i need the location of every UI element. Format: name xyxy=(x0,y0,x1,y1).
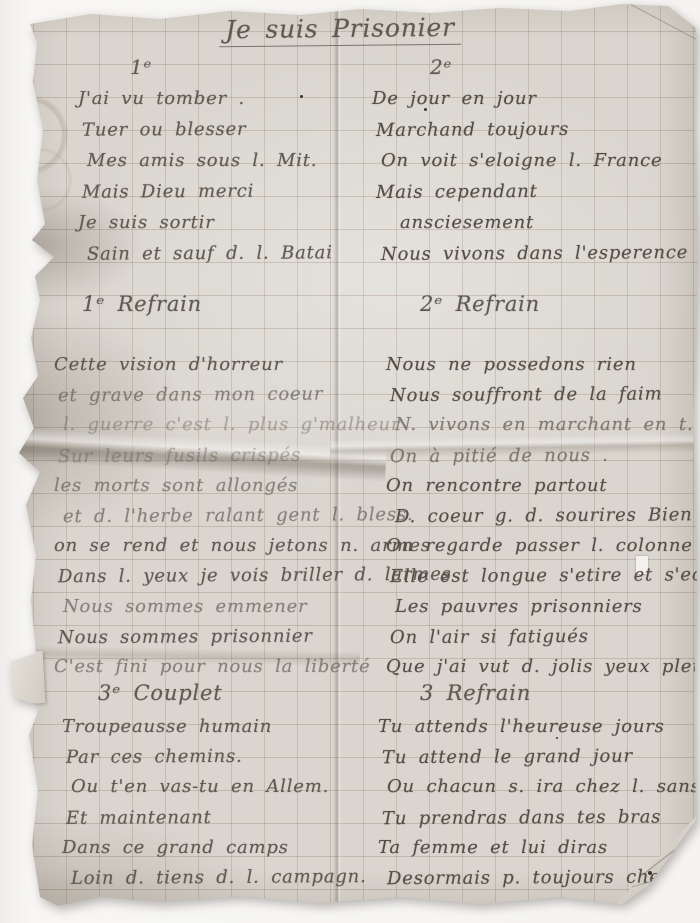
poem-line: De jour en jour xyxy=(372,83,688,114)
paper-sheet: Je suis Prisonier 1ᵉ J'ai vu tomber . Tu… xyxy=(0,0,700,923)
poem-line: Nous vivons dans l'esperence xyxy=(381,237,688,270)
poem-line: Dans ce grand camps xyxy=(62,833,367,863)
poem-line: Tu prendras dans tes bras xyxy=(382,801,700,834)
stanza-lines: De jour en jour Marchand toujours On voi… xyxy=(372,83,688,269)
poem-line: Ou t'en vas-tu en Allem. xyxy=(71,772,367,802)
poem-line: Tuer ou blesser xyxy=(82,113,333,146)
poem-line: J'ai vu tomber . xyxy=(78,83,333,114)
poem-line: Troupeausse humain xyxy=(62,712,367,742)
poem-line: Les pauvres prisonniers xyxy=(395,592,700,622)
poem-line: Loin d. tiens d. l. campagn. xyxy=(71,862,367,894)
poem-line: Desormais p. toujours cherie mi xyxy=(387,862,700,895)
poem-line: On regarde passer l. colonne xyxy=(386,531,700,561)
poem-line: Je suis sortir xyxy=(78,207,333,238)
poem-line: Marchand toujours xyxy=(376,113,688,146)
poem-line: Sain et sauf d. l. Batai xyxy=(87,237,333,270)
poem-line: On à pitié de nous . xyxy=(390,439,700,472)
poem-line: ansciesement xyxy=(400,207,688,238)
poem-line: D. coeur g. d. sourires Bien doux xyxy=(395,500,700,533)
poem-line: Nous ne possedons rien xyxy=(386,350,700,380)
section-header: 2ᵉ xyxy=(430,52,688,83)
page-title-text: Je suis Prisonier xyxy=(219,13,461,48)
stanza-lines: J'ai vu tomber . Tuer ou blesser Mes ami… xyxy=(78,83,333,269)
poem-line: Par ces chemins. xyxy=(66,741,367,773)
poem-line: Ta femme et lui diras xyxy=(378,833,700,863)
ink-speck xyxy=(8,36,13,42)
stanza-2: 2ᵉ De jour en jour Marchand toujours On … xyxy=(372,52,688,269)
section-header: 2ᵉ Refrain xyxy=(420,292,540,316)
poem-line: Que j'ai vut d. jolis yeux pleurer xyxy=(386,652,700,682)
poem-line: Elle est longue s'etire et s'echelo. xyxy=(390,560,700,593)
poem-line: On l'air si fatigués xyxy=(390,621,700,654)
poem-line: Et maintenant xyxy=(66,802,367,834)
couplet-3: Troupeausse humain Par ces chemins. Ou t… xyxy=(62,712,367,893)
scanned-document: Je suis Prisonier 1ᵉ J'ai vu tomber . Tu… xyxy=(0,0,700,923)
refrain-2: Nous ne possedons rien Nous souffront de… xyxy=(386,350,700,682)
poem-line: On rencontre partout xyxy=(386,471,700,501)
paper-shadow: Je suis Prisonier 1ᵉ J'ai vu tomber . Tu… xyxy=(0,0,700,923)
poem-line: N. vivons en marchant en t. l. mais xyxy=(395,410,700,440)
left-edge-fold-flap xyxy=(5,651,46,705)
section-header: 1ᵉ xyxy=(130,52,333,83)
section-header: 3 Refrain xyxy=(420,681,531,705)
poem-line: Mes amis sous l. Mit. xyxy=(87,145,333,176)
poem-line: Nous souffront de la faim xyxy=(390,379,700,412)
poem-line: Tu attends l'heureuse jours xyxy=(378,712,700,742)
poem-line: On voit s'eloigne l. France xyxy=(381,145,688,176)
poem-line: Mais cependant xyxy=(376,175,688,208)
poem-line: Tu attend le grand jour xyxy=(382,741,700,774)
ink-speck xyxy=(14,244,18,249)
refrain-3: Tu attends l'heureuse jours Tu attend le… xyxy=(378,712,700,893)
page-title: Je suis Prisonier xyxy=(160,12,520,45)
section-header: 1ᵉ Refrain xyxy=(82,292,202,316)
stanza-1: 1ᵉ J'ai vu tomber . Tuer ou blesser Mes … xyxy=(78,52,333,269)
poem-line: Mais Dieu merci xyxy=(82,175,333,208)
section-header: 3ᵉ Couplet xyxy=(98,681,222,705)
poem-line: Ou chacun s. ira chez l. sans retour. xyxy=(387,772,700,802)
